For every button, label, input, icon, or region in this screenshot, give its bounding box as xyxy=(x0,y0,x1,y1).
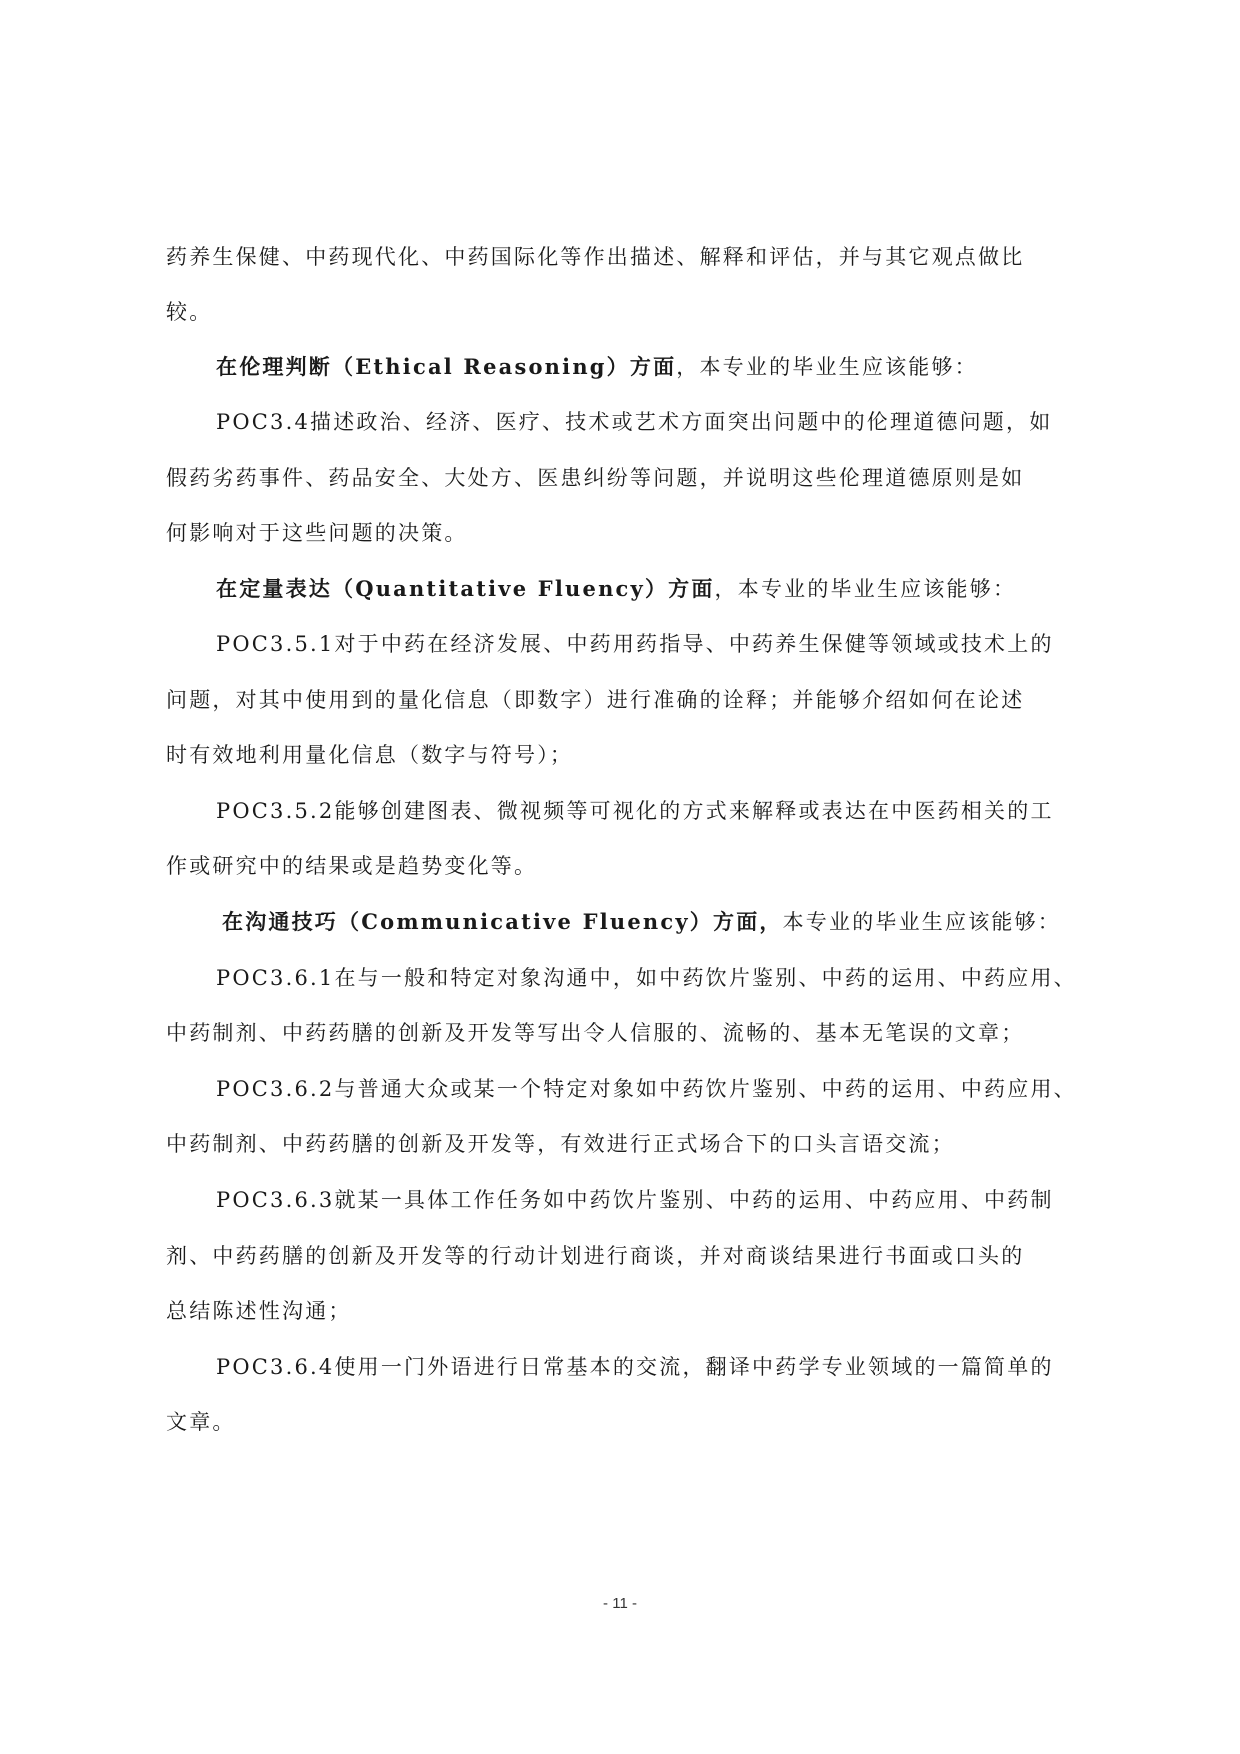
body-line: 中药制剂、中药药膳的创新及开发等，有效进行正式场合下的口头言语交流； xyxy=(166,1129,1086,1159)
section-heading-bold: 在沟通技巧（Communicative Fluency）方面， xyxy=(222,909,783,934)
body-line: 较。 xyxy=(166,297,1086,327)
section-heading-quantitative-fluency: 在定量表达（Quantitative Fluency）方面，本专业的毕业生应该能… xyxy=(216,574,1086,604)
body-line: POC3.5.2能够创建图表、微视频等可视化的方式来解释或表达在中医药相关的工 xyxy=(216,796,1086,826)
section-heading-rest: ，本专业的毕业生应该能够： xyxy=(715,577,1017,601)
body-line: POC3.6.1在与一般和特定对象沟通中，如中药饮片鉴别、中药的运用、中药应用、 xyxy=(216,963,1086,993)
body-line: 时有效地利用量化信息（数字与符号）； xyxy=(166,740,1086,770)
body-line: POC3.6.3就某一具体工作任务如中药饮片鉴别、中药的运用、中药应用、中药制 xyxy=(216,1185,1086,1215)
section-heading-bold: 在伦理判断（Ethical Reasoning）方面 xyxy=(216,354,676,379)
section-heading-ethical-reasoning: 在伦理判断（Ethical Reasoning）方面，本专业的毕业生应该能够： xyxy=(216,352,1086,382)
document-page: 药养生保健、中药现代化、中药国际化等作出描述、解释和评估，并与其它观点做比 较。… xyxy=(0,0,1240,1754)
section-heading-rest: ，本专业的毕业生应该能够： xyxy=(676,355,978,379)
body-line: 作或研究中的结果或是趋势变化等。 xyxy=(166,851,1086,881)
section-heading-bold: 在定量表达（Quantitative Fluency）方面 xyxy=(216,576,715,601)
body-line: 何影响对于这些问题的决策。 xyxy=(166,518,1086,548)
body-line: POC3.4描述政治、经济、医疗、技术或艺术方面突出问题中的伦理道德问题，如 xyxy=(216,407,1086,437)
body-line: 假药劣药事件、药品安全、大处方、医患纠纷等问题，并说明这些伦理道德原则是如 xyxy=(166,463,1086,493)
section-heading-rest: 本专业的毕业生应该能够： xyxy=(783,910,1061,934)
body-line: 药养生保健、中药现代化、中药国际化等作出描述、解释和评估，并与其它观点做比 xyxy=(166,242,1086,272)
body-line: 问题，对其中使用到的量化信息（即数字）进行准确的诠释；并能够介绍如何在论述 xyxy=(166,685,1086,715)
section-heading-communicative-fluency: 在沟通技巧（Communicative Fluency）方面，本专业的毕业生应该… xyxy=(222,907,1092,937)
body-line: 总结陈述性沟通； xyxy=(166,1296,1086,1326)
body-line: 文章。 xyxy=(166,1407,1086,1437)
body-line: POC3.6.4使用一门外语进行日常基本的交流，翻译中药学专业领域的一篇简单的 xyxy=(216,1352,1086,1382)
body-line: POC3.5.1对于中药在经济发展、中药用药指导、中药养生保健等领域或技术上的 xyxy=(216,629,1086,659)
body-line: POC3.6.2与普通大众或某一个特定对象如中药饮片鉴别、中药的运用、中药应用、 xyxy=(216,1074,1086,1104)
page-number: - 11 - xyxy=(0,1595,1240,1612)
body-line: 中药制剂、中药药膳的创新及开发等写出令人信服的、流畅的、基本无笔误的文章； xyxy=(166,1018,1086,1048)
body-line: 剂、中药药膳的创新及开发等的行动计划进行商谈，并对商谈结果进行书面或口头的 xyxy=(166,1241,1086,1271)
